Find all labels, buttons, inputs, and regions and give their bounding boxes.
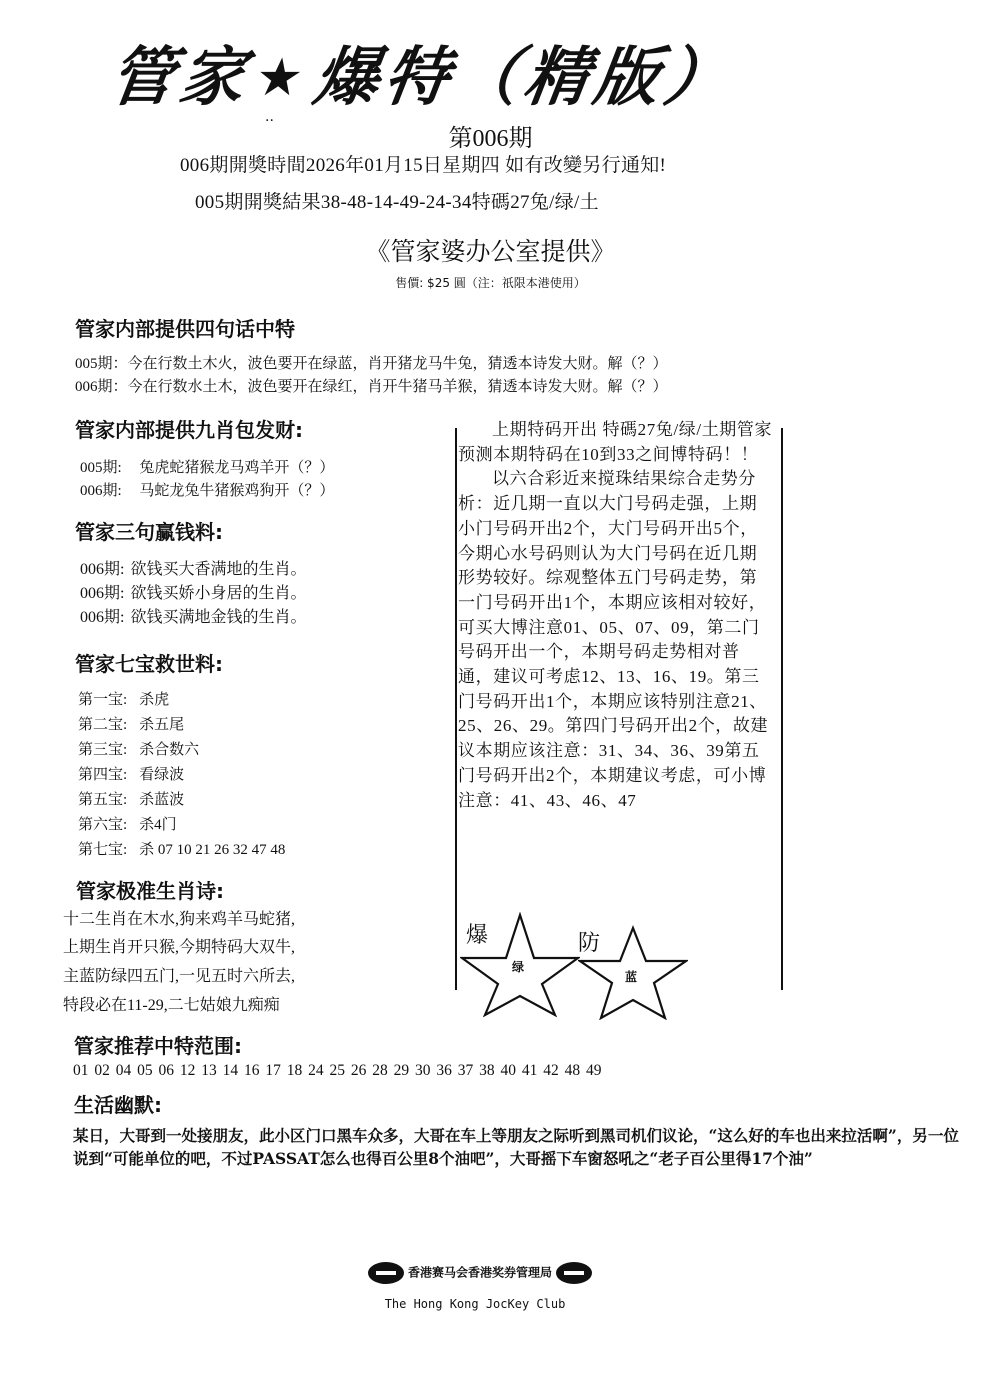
analysis-para-2: 以六合彩近来搅珠结果综合走势分析：近几期一直以大门号码走强，上期小门号码开出2个… <box>458 467 774 813</box>
three-phrases-row: 006期: 欲钱买满地金钱的生肖。 <box>80 604 306 627</box>
last-result: 005期開獎結果38-48-14-49-24-34特碼27兔/绿/土 <box>195 187 599 214</box>
issue-number: 第006期 <box>0 118 981 153</box>
row-value: 杀蓝波 <box>139 792 184 808</box>
poem-line: 主蓝防绿四五门,一见五时六所去, <box>63 963 295 986</box>
row-label: 006期: <box>80 483 122 499</box>
treasure-row: 第四宝:看绿波 <box>78 763 184 784</box>
provider: 《管家婆办公室提供》 <box>0 232 981 268</box>
humor-heading: 生活幽默: <box>74 1089 162 1118</box>
footer-org: 香港赛马会香港奖券管理局 <box>320 1262 640 1284</box>
row-value: 马蛇龙兔牛猪猴鸡狗开（？） <box>139 483 334 499</box>
row-label: 006期: <box>80 609 124 626</box>
three-phrases-row: 006期: 欲钱买大香满地的生肖。 <box>80 556 306 579</box>
three-phrases-heading: 管家三句赢钱料: <box>75 516 223 545</box>
zodiac-poem-heading: 管家极准生肖诗: <box>76 875 224 904</box>
row-value: 欲钱买满地金钱的生肖。 <box>130 609 306 626</box>
footer-org-cn: 香港赛马会香港奖券管理局 <box>408 1266 552 1280</box>
row-value: 看绿波 <box>139 767 184 783</box>
treasure-row: 第七宝:杀 07 10 21 26 32 47 48 <box>78 838 285 859</box>
treasure-row: 第五宝:杀蓝波 <box>78 788 184 809</box>
row-value: 欲钱买娇小身居的生肖。 <box>130 585 306 602</box>
star-right-inner: 蓝 <box>625 968 637 985</box>
row-label: 第四宝: <box>78 767 127 783</box>
poem-line: 上期生肖开只猴,今期特码大双牛, <box>63 934 295 957</box>
analysis-para-1: 上期特码开出 特碼27兔/绿/土期管家预测本期特码在10到33之间博特码！！ <box>458 418 774 467</box>
row-label: 第二宝: <box>78 717 127 733</box>
four-phrases-line: 006期：今在行数水土木，波色要开在绿红，肖开牛猪马羊猴，猜透本诗发大财。解（？… <box>75 375 668 396</box>
row-value: 杀 07 10 21 26 32 47 48 <box>139 842 285 858</box>
row-label: 第六宝: <box>78 817 127 833</box>
three-phrases-row: 006期: 欲钱买娇小身居的生肖。 <box>80 580 306 603</box>
row-label: 第三宝: <box>78 742 127 758</box>
treasure-row: 第六宝:杀4门 <box>78 813 177 834</box>
jockey-club-logo-icon <box>368 1262 404 1284</box>
footer-org-en: The Hong Kong JocKey Club <box>310 1297 640 1311</box>
analysis-text: 上期特码开出 特碼27兔/绿/土期管家预测本期特码在10到33之间博特码！！ 以… <box>458 418 774 813</box>
treasure-row: 第一宝:杀虎 <box>78 688 169 709</box>
nine-zodiac-row: 005期: 兔虎蛇猪猴龙马鸡羊开（？） <box>80 456 334 477</box>
four-phrases-heading: 管家内部提供四句话中特 <box>75 313 295 342</box>
range-heading: 管家推荐中特范围: <box>74 1030 242 1059</box>
range-numbers: 01 02 04 05 06 12 13 14 16 17 18 24 25 2… <box>73 1062 602 1080</box>
jockey-club-logo-icon <box>556 1262 592 1284</box>
star-icon: ★ <box>250 38 314 118</box>
row-label: 第一宝: <box>78 692 127 708</box>
title-right: 爆特（精版） <box>309 41 739 115</box>
row-label: 006期: <box>80 585 124 602</box>
nine-zodiac-heading: 管家内部提供九肖包发财: <box>75 414 303 443</box>
row-label: 006期: <box>80 561 124 578</box>
draw-time: 006期開獎時間2026年01月15日星期四 如有改變另行通知! <box>180 150 666 177</box>
poem-line: 十二生肖在木水,狗来鸡羊马蛇猪, <box>63 906 295 929</box>
humor-text: 某日，大哥到一处接朋友，此小区门口黑车众多，大哥在车上等朋友之际听到黑司机们议论… <box>73 1124 963 1170</box>
row-value: 杀虎 <box>139 692 169 708</box>
treasure-row: 第三宝:杀合数六 <box>78 738 199 759</box>
treasure-row: 第二宝:杀五尾 <box>78 713 184 734</box>
four-phrases-line: 005期：今在行数土木火，波色要开在绿蓝，肖开猪龙马牛兔，猜透本诗发大财。解（？… <box>75 352 668 373</box>
title-left: 管家 <box>105 41 255 115</box>
nine-zodiac-row: 006期: 马蛇龙兔牛猪猴鸡狗开（？） <box>80 479 334 500</box>
row-value: 杀4门 <box>139 817 177 833</box>
poem-line: 特段必在11-29,二七姑娘九痴痴 <box>63 992 280 1015</box>
row-value: 欲钱买大香满地的生肖。 <box>130 561 306 578</box>
row-label: 第七宝: <box>78 842 127 858</box>
row-value: 兔虎蛇猪猴龙马鸡羊开（？） <box>139 460 334 476</box>
row-label: 第五宝: <box>78 792 127 808</box>
star-left-inner: 绿 <box>512 958 524 975</box>
row-value: 杀五尾 <box>139 717 184 733</box>
row-label: 005期: <box>80 460 122 476</box>
page-title: 管家★爆特（精版） <box>104 38 835 118</box>
price: 售價: $25 圓（注：祇限本港使用） <box>0 274 981 291</box>
row-value: 杀合数六 <box>139 742 199 758</box>
seven-treasures-heading: 管家七宝救世料: <box>75 648 223 677</box>
